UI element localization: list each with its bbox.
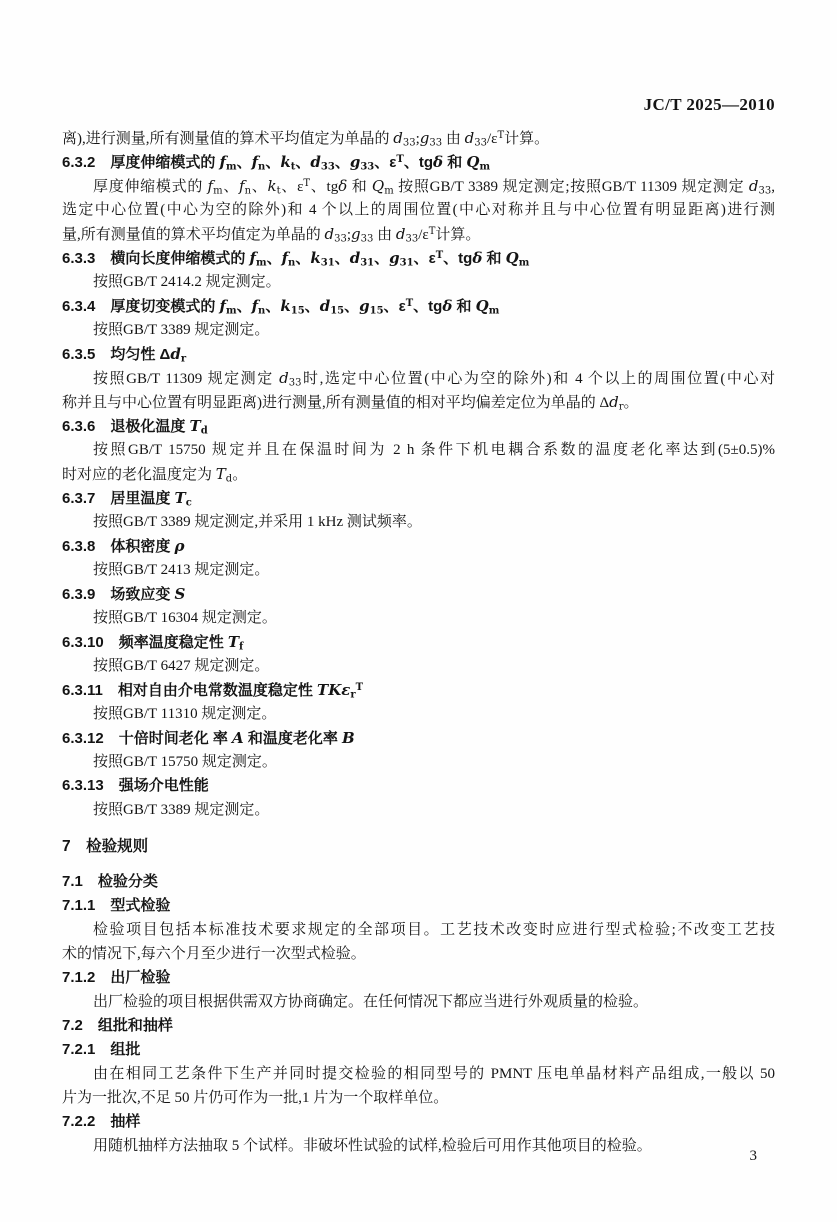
text-run: 6.3.8 体积密度 [62,538,175,555]
paragraph-line: 术的情况下,每六个月至少进行一次型式检验。 [62,942,775,966]
text-run: 和 [347,179,372,195]
heading-6-3-4: 6.3.4 厚度切变模式的 fm、fn、k15、d15、g15、εT、tgδ 和… [62,294,775,318]
text-run: εT [491,131,504,147]
text-run: 、 [237,298,252,315]
text-run: 7.2.2 抽样 [62,1113,140,1130]
math-variable: d33 [325,225,347,243]
paragraph-line: 按照GB/T 3389 规定测定,并采用 1 kHz 测试频率。 [62,510,775,534]
math-variable: fn [252,297,266,315]
text-run: 按照GB/T 2414.2 规定测定。 [93,274,281,290]
text-run: 离),进行测量,所有测量值的算术平均值定为单晶的 [62,131,393,147]
heading-7-2-1: 7.2.1 组批 [62,1038,775,1062]
math-variable: d33 [465,129,487,147]
math-variable: fn [252,153,266,171]
heading-7-1: 7.1 检验分类 [62,870,775,894]
paragraph-line: 片为一批次,不足 50 片仍可作为一批,1 片为一个取样单位。 [62,1086,775,1110]
text-run: 按照GB/T 2413 规定测定。 [93,562,269,578]
text-run: 、 [374,250,389,267]
text-run: 。 [624,395,639,411]
text-run: 。 [232,467,247,483]
math-variable: fm [250,249,267,267]
text-run: 按照GB/T 3389 规定测定。 [93,802,269,818]
text-run: 由 [442,131,465,147]
text-run: 7.1.1 型式检验 [62,897,170,914]
text-run: 6.3.9 场致应变 [62,586,175,603]
paragraph-line: 按照GB/T 2413 规定测定。 [62,558,775,582]
text-run: 量,所有测量值的算术平均值定为单晶的 [62,227,325,243]
math-variable: k31 [310,249,334,267]
math-variable: dr [170,345,186,363]
math-variable: d15 [320,297,344,315]
text-run: 片为一批次,不足 50 片仍可作为一批,1 片为一个取样单位。 [62,1090,448,1106]
math-variable: δ [472,249,482,267]
text-run: 按照GB/T 16304 规定测定。 [93,610,277,626]
text-run: 、 [335,250,350,267]
text-run: 、 [335,154,350,171]
math-variable: d33 [310,153,334,171]
math-variable: Qm [466,153,490,171]
text-run: 6.3.5 均匀性 [62,346,160,363]
text-run: 6.3.3 横向长度伸缩模式的 [62,250,250,267]
text-run: 和温度老化率 [244,730,342,747]
heading-7-1-2: 7.1.2 出厂检验 [62,966,775,990]
text-run: 时,选定中心位置(中心为空的除外)和 4 个以上的周围位置(中心对 [301,371,775,387]
text-run: 6.3.11 相对自由介电常数温度稳定性 [62,682,317,699]
math-variable: kt [268,177,281,195]
paragraph-line: 按照GB/T 3389 规定测定。 [62,318,775,342]
paragraph-line: 离),进行测量,所有测量值的算术平均值定为单晶的 d33;g33 由 d33/ε… [62,126,775,150]
math-variable: Qm [372,177,394,195]
text-run: 、 [265,154,280,171]
heading-7-2-2: 7.2.2 抽样 [62,1110,775,1134]
math-variable: Tc [175,489,192,507]
paragraph-line: 量,所有测量值的算术平均值定为单晶的 d33;g33 由 d33/εT计算。 [62,222,775,246]
math-variable: g33 [420,129,442,147]
math-variable: B [342,729,355,747]
math-variable: Td [216,465,232,483]
heading-6-3-2: 6.3.2 厚度伸缩模式的 fm、fn、kt、d33、g33、εT、tgδ 和 … [62,150,775,174]
math-variable: Qm [476,297,500,315]
math-variable: d33 [393,129,415,147]
text-run: 按照GB/T 6427 规定测定。 [93,658,269,674]
paragraph-line: 按照GB/T 3389 规定测定。 [62,798,775,822]
text-run: 6.3.10 频率温度稳定性 [62,634,228,651]
paragraph-line: 按照GB/T 15750 规定并且在保温时间为 2 h 条件下机电耦合系数的温度… [62,438,775,462]
text-run: 、tg [310,179,338,195]
heading-7: 7 检验规则 [62,835,775,859]
text-run: 7.2.1 组批 [62,1041,140,1058]
math-variable: kt [280,153,295,171]
math-variable: g15 [359,297,383,315]
paragraph-line: 用随机抽样方法抽取 5 个试样。非破坏性试验的试样,检验后可用作其他项目的检验。 [62,1134,775,1158]
text-run: 6.3.12 十倍时间老化 率 [62,730,232,747]
text-run: 用随机抽样方法抽取 5 个试样。非破坏性试验的试样,检验后可用作其他项目的检验。 [93,1138,652,1154]
paragraph-line: 按照GB/T 15750 规定测定。 [62,750,775,774]
text-run: 出厂检验的项目根据供需双方协商确定。在任何情况下都应当进行外观质量的检验。 [93,994,648,1010]
text-run: εT [422,227,435,243]
text-run: 7 检验规则 [62,838,148,855]
text-run: 6.3.2 厚度伸缩模式的 [62,154,220,171]
text-run: 由在相同工艺条件下生产并同时提交检验的相同型号的 PMNT 压电单晶材料产品组成… [93,1066,775,1082]
text-run: 时对应的老化温度定为 [62,467,216,483]
text-run: , [771,179,775,195]
text-run: 、 [374,154,389,171]
text-run: Δ [160,346,171,363]
text-run: 、 [265,298,280,315]
text-run: 、 [295,154,310,171]
math-variable: fn [282,249,296,267]
text-run: 、 [267,250,282,267]
math-variable: δ [442,297,452,315]
math-variable: d33 [396,225,418,243]
text-run: 、tg [413,298,442,315]
math-variable: g33 [350,153,374,171]
text-run: 和 [452,298,475,315]
text-run: 选定中心位置(中心为空的除外)和 4 个以上的周围位置(中心对称并且与中心位置有… [62,202,775,218]
math-variable: TKεrT [317,681,363,699]
text-run: 7.1 检验分类 [62,873,158,890]
math-variable: Tf [228,633,243,651]
text-run: Δ [600,395,610,411]
text-run: 称并且与中心位置有明显距离)进行测量,所有测量值的相对平均偏差定位为单晶的 [62,395,600,411]
math-variable: d33 [279,369,301,387]
text-run: 、 [251,179,267,195]
math-variable: fm [208,177,223,195]
paragraph-line: 按照GB/T 16304 规定测定。 [62,606,775,630]
text-run: 、tg [443,250,472,267]
math-variable: d31 [350,249,374,267]
heading-6-3-8: 6.3.8 体积密度 ρ [62,534,775,558]
text-run: 6.3.6 退极化温度 [62,418,190,435]
text-run: 、 [281,179,297,195]
text-run: 、 [384,298,399,315]
heading-6-3-6: 6.3.6 退极化温度 Td [62,414,775,438]
text-run: 、 [295,250,310,267]
math-variable: Qm [506,249,530,267]
text-run: 7.1.2 出厂检验 [62,969,170,986]
text-run: 7.2 组批和抽样 [62,1017,173,1034]
text-run: 6.3.7 居里温度 [62,490,175,507]
text-run: 、 [414,250,429,267]
text-run: 按照GB/T 15750 规定并且在保温时间为 2 h 条件下机电耦合系数的温度… [93,442,775,458]
text-run: εT [297,179,310,195]
text-run: 按照GB/T 11310 规定测定。 [93,706,276,722]
text-run: 、 [305,298,320,315]
heading-6-3-10: 6.3.10 频率温度稳定性 Tf [62,630,775,654]
heading-6-3-13: 6.3.13 强场介电性能 [62,774,775,798]
paragraph-line: 按照GB/T 11310 规定测定。 [62,702,775,726]
text-run: 和 [482,250,505,267]
math-variable: g33 [351,225,373,243]
standard-code-header: JC/T 2025—2010 [0,95,775,115]
document-content: 离),进行测量,所有测量值的算术平均值定为单晶的 d33;g33 由 d33/ε… [62,126,775,1158]
math-variable: ρ [175,537,185,555]
text-run: 和 [443,154,466,171]
text-run: 厚度伸缩模式的 [93,179,208,195]
math-variable: fm [220,297,237,315]
text-run: 、 [344,298,359,315]
page-number: 3 [750,1146,758,1166]
text-run: 、tg [404,154,433,171]
math-variable: fn [239,177,251,195]
paragraph-line: 厚度伸缩模式的 fm、fn、kt、εT、tgδ 和 Qm 按照GB/T 3389… [62,174,775,198]
text-run: εT [389,154,404,171]
math-variable: A [232,729,244,747]
text-run: 由 [373,227,396,243]
text-run: 按照GB/T 3389 规定测定。 [93,322,269,338]
math-variable: k15 [280,297,304,315]
text-run: 、 [223,179,239,195]
heading-6-3-5: 6.3.5 均匀性 Δdr [62,342,775,366]
text-run: εT [429,250,444,267]
text-run: 计算。 [504,131,549,147]
paragraph-line: 按照GB/T 11309 规定测定 d33时,选定中心位置(中心为空的除外)和 … [62,366,775,390]
paragraph-line: 选定中心位置(中心为空的除外)和 4 个以上的周围位置(中心对称并且与中心位置有… [62,198,775,222]
text-run: 按照GB/T 3389 规定测定,并采用 1 kHz 测试频率。 [93,514,422,530]
math-variable: d33 [749,177,771,195]
math-variable: S [175,585,186,603]
heading-6-3-3: 6.3.3 横向长度伸缩模式的 fm、fn、k31、d31、g31、εT、tgδ… [62,246,775,270]
paragraph-line: 称并且与中心位置有明显距离)进行测量,所有测量值的相对平均偏差定位为单晶的 Δd… [62,390,775,414]
text-run: 术的情况下,每六个月至少进行一次型式检验。 [62,946,366,962]
text-run: 检验项目包括本标准技术要求规定的全部项目。工艺技术改变时应进行型式检验;不改变工… [93,922,775,938]
text-run: 6.3.4 厚度切变模式的 [62,298,220,315]
heading-6-3-11: 6.3.11 相对自由介电常数温度稳定性 TKεrT [62,678,775,702]
math-variable: δ [433,153,443,171]
text-run: 计算。 [435,227,480,243]
text-run: 6.3.13 强场介电性能 [62,777,209,794]
heading-7-2: 7.2 组批和抽样 [62,1014,775,1038]
heading-6-3-12: 6.3.12 十倍时间老化 率 A 和温度老化率 B [62,726,775,750]
paragraph-line: 按照GB/T 2414.2 规定测定。 [62,270,775,294]
heading-7-1-1: 7.1.1 型式检验 [62,894,775,918]
paragraph-line: 由在相同工艺条件下生产并同时提交检验的相同型号的 PMNT 压电单晶材料产品组成… [62,1062,775,1086]
paragraph-line: 检验项目包括本标准技术要求规定的全部项目。工艺技术改变时应进行型式检验;不改变工… [62,918,775,942]
math-variable: Td [190,417,208,435]
text-run: 、 [237,154,252,171]
heading-6-3-7: 6.3.7 居里温度 Tc [62,486,775,510]
math-variable: δ [338,177,347,195]
heading-6-3-9: 6.3.9 场致应变 S [62,582,775,606]
paragraph-line: 出厂检验的项目根据供需双方协商确定。在任何情况下都应当进行外观质量的检验。 [62,990,775,1014]
document-page: JC/T 2025—2010 离),进行测量,所有测量值的算术平均值定为单晶的 … [0,0,837,1222]
math-variable: g31 [389,249,413,267]
text-run: 按照GB/T 11309 规定测定 [93,371,279,387]
text-run: εT [399,298,414,315]
text-run: 按照GB/T 15750 规定测定。 [93,754,277,770]
paragraph-line: 按照GB/T 6427 规定测定。 [62,654,775,678]
paragraph-line: 时对应的老化温度定为 Td。 [62,462,775,486]
math-variable: fm [220,153,237,171]
math-variable: dr [609,393,623,411]
text-run: 按照GB/T 3389 规定测定;按照GB/T 11309 规定测定 [394,179,749,195]
